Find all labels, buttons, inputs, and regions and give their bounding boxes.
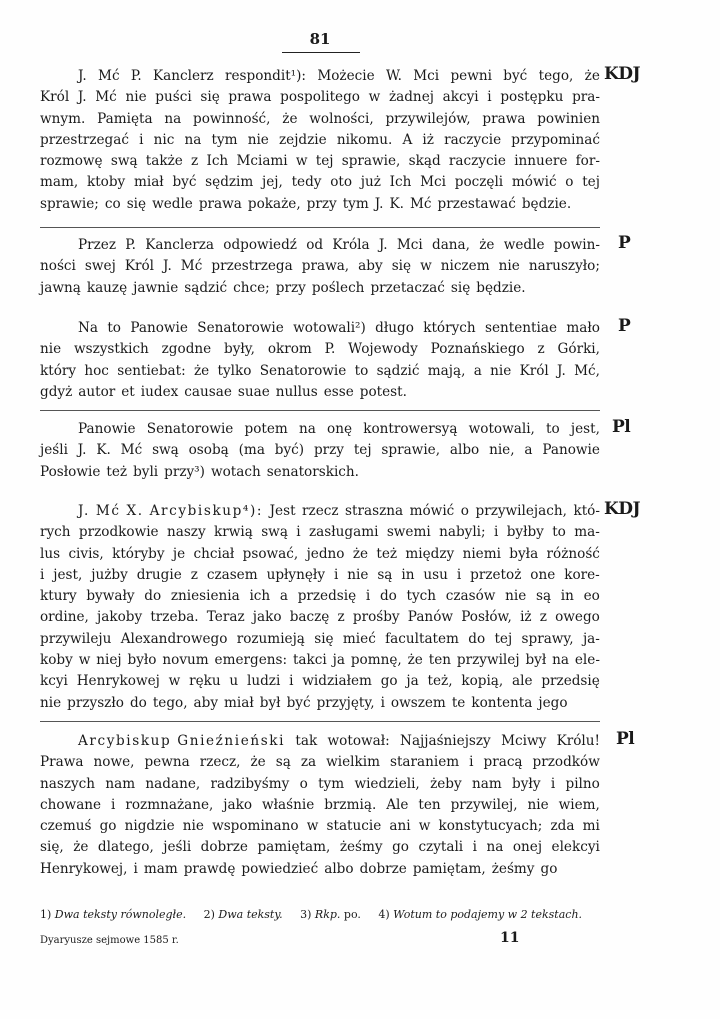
text-line: J.MćP.Kanclerzrespondit¹):MożecieW.Mcipe… bbox=[40, 66, 600, 87]
footnote-2: 2) Dwa teksty. bbox=[204, 908, 283, 921]
text-line: mam,ktobymiałbyćsędzimjej,tedyotojużIchM… bbox=[40, 172, 600, 193]
text-line: nieprzyszłodotego,abymiałbyłbyćprzyjęty,… bbox=[40, 693, 600, 714]
text-line: gdyżautoretiudexcausaesuaenullusessepote… bbox=[40, 382, 600, 403]
text-line: rychprzodkowienaszykrwiąswąizasługamiswe… bbox=[40, 522, 600, 543]
marginal-note: KDJ bbox=[604, 499, 640, 519]
text-line: Posłowieteżbyliprzy³)wotachsenatorskich. bbox=[40, 462, 600, 483]
text-line: J. Mć X. Arcybiskup⁴):Jestrzeczstrasznam… bbox=[40, 501, 600, 522]
text-line: ijest,jużbydrugiezczasemupłynęłyiniesąin… bbox=[40, 565, 600, 586]
paragraph-gniezno-vote: Arcybiskup Gnieźnieńskitakwotował:Najjaś… bbox=[40, 731, 600, 880]
section-rule bbox=[40, 227, 600, 228]
text-line: PrzezP.KanclerzaodpowiedźodKrólaJ.Mcidan… bbox=[40, 235, 600, 256]
text-line: PanowieSenatorowiepotemnaonękontrowersyą… bbox=[40, 419, 600, 440]
marginal-note: Pl bbox=[612, 417, 630, 437]
marginal-note: Pl bbox=[616, 729, 634, 749]
footnote-1: 1) Dwa teksty równoległe. bbox=[40, 908, 186, 921]
text-line: NatoPanowieSenatorowiewotowali²)długoktó… bbox=[40, 318, 600, 339]
paragraph-archbishop-speech: J. Mć X. Arcybiskup⁴):Jestrzeczstrasznam… bbox=[40, 501, 600, 714]
text-line: nościswejKrólJ.Mćprzestrzegaprawa,abysię… bbox=[40, 256, 600, 277]
text-line: rozmowęswątakżezIchMciamiwtejsprawie,ską… bbox=[40, 151, 600, 172]
text-line: Arcybiskup Gnieźnieńskitakwotował:Najjaś… bbox=[40, 731, 600, 752]
text-line: luscivis,którybyjechciałpsować,jednożete… bbox=[40, 544, 600, 565]
footnote-4: 4) Wotum to podajemy w 2 tekstach. bbox=[378, 908, 582, 921]
footnote-3: 3) Rkp. po. bbox=[300, 908, 361, 921]
paragraph-kanclerz-response: J.MćP.Kanclerzrespondit¹):MożecieW.Mcipe… bbox=[40, 66, 600, 215]
page-number: 81 bbox=[300, 30, 340, 48]
paragraph-king-answer: PrzezP.KanclerzaodpowiedźodKrólaJ.Mcidan… bbox=[40, 235, 600, 299]
text-line: któryhocsentiebat:żetylkoSenatorowietosą… bbox=[40, 361, 600, 382]
document-page: 81 J.MćP.Kanclerzrespondit¹):MożecieW.Mc… bbox=[0, 0, 720, 1019]
header-rule bbox=[282, 52, 360, 53]
text-line: się,żedlatego,jeślidobrzepamiętam,żeśmyg… bbox=[40, 837, 600, 858]
text-line: kturybywałydozniesieniaichaprzedsięidoty… bbox=[40, 586, 600, 607]
text-line: jawnąkauzęjawniesądzićchce;przypoślechpr… bbox=[40, 278, 600, 299]
text-line: Prawanowe,pewnarzecz,żesązawielkimstaran… bbox=[40, 752, 600, 773]
text-line: przywilejuAlexandrowegorozumiejąsięmiećf… bbox=[40, 629, 600, 650]
text-line: niewszystkichzgodnebyły,okromP.WojewodyP… bbox=[40, 339, 600, 360]
text-line: jeśliJ.K.Mćswąosobą(mabyć)przytejsprawie… bbox=[40, 440, 600, 461]
marginal-note: P bbox=[618, 233, 630, 253]
text-line: czemuśgonigdzieniewspominanowstatucieani… bbox=[40, 816, 600, 837]
marginal-note: KDJ bbox=[604, 64, 640, 84]
signature-label: Dyaryusze sejmowe 1585 r. bbox=[40, 935, 179, 946]
marginal-note: P bbox=[618, 316, 630, 336]
section-rule bbox=[40, 721, 600, 722]
paragraph-senators-vote: NatoPanowieSenatorowiewotowali²)długoktó… bbox=[40, 318, 600, 403]
footnotes: 1) Dwa teksty równoległe. 2) Dwa teksty.… bbox=[40, 908, 620, 921]
text-line: sprawie;cosięwedleprawapokaże,przytymJ.K… bbox=[40, 194, 600, 215]
text-line: przestrzegaćinicnatymniezejdzienikomu.Ai… bbox=[40, 130, 600, 151]
signature-number: 11 bbox=[500, 930, 519, 946]
section-rule bbox=[40, 410, 600, 411]
text-line: kcyiHenrykowejwrękuuludziiwidziałemgojat… bbox=[40, 671, 600, 692]
text-line: wnym.Pamiętanapowinność,żewolności,przyw… bbox=[40, 109, 600, 130]
paragraph-controversy-vote: PanowieSenatorowiepotemnaonękontrowersyą… bbox=[40, 419, 600, 483]
text-line: Henrykowej,imamprawdępowiedziećalbodobrz… bbox=[40, 859, 600, 880]
text-line: ordine,jakobytrzeba.Terazjakobaczęzprośb… bbox=[40, 607, 600, 628]
text-line: naszychnamnadane,radzibyśmyotymwiedzieli… bbox=[40, 774, 600, 795]
text-line: chowaneirozmnażane,jakowłaśniebrzmią.Ale… bbox=[40, 795, 600, 816]
text-line: KrólJ.Mćniepuścisięprawapospolitegowżadn… bbox=[40, 87, 600, 108]
text-line: kobywniejbyłonovumemergens:takcijapomnę,… bbox=[40, 650, 600, 671]
